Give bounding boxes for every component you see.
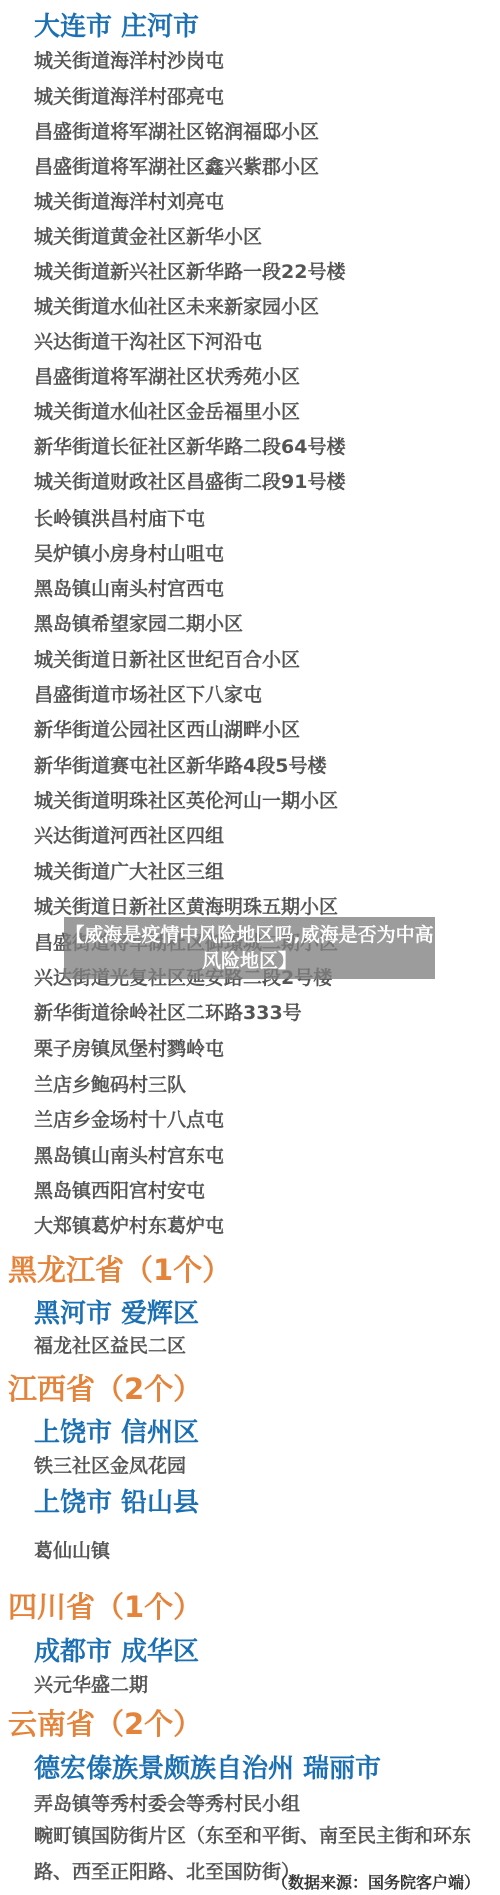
list-item: 城关街道日新社区黄海明珠五期小区 (34, 892, 338, 919)
list-item: 黑岛镇西阳宫村安屯 (34, 1176, 205, 1203)
list-item: 昌盛街道将军湖社区状秀苑小区 (34, 362, 300, 389)
list-item: 新华街道徐岭社区二环路333号 (34, 998, 302, 1025)
list-item: 城关街道财政社区昌盛街二段91号楼 (34, 467, 345, 494)
list-item: 葛仙山镇 (34, 1536, 110, 1563)
overlay-caption: 【威海是疫情中风险地区吗,威海是否为中高风险地区】 (64, 917, 435, 979)
province-heading-yunnan: 云南省（2个） (8, 1702, 202, 1743)
list-item: 城关街道海洋村刘亮屯 (34, 187, 224, 214)
list-item: 新华街道长征社区新华路二段64号楼 (34, 432, 345, 459)
list-item: 弄岛镇等秀村委会等秀村民小组 (34, 1789, 300, 1816)
list-item: 城关街道广大社区三组 (34, 857, 224, 884)
list-item: 城关街道海洋村沙岗屯 (34, 46, 224, 73)
list-item: 昌盛街道将军湖社区鑫兴紫郡小区 (34, 152, 319, 179)
list-item: 城关街道黄金社区新华小区 (34, 222, 262, 249)
list-item: 栗子房镇凤堡村鹨岭屯 (34, 1034, 224, 1061)
list-item: 城关街道新兴社区新华路一段22号楼 (34, 257, 345, 284)
list-item: 吴炉镇小房身村山咀屯 (34, 539, 224, 566)
city-heading-chenghua: 成都市 成华区 (34, 1631, 199, 1668)
list-item: 兰店乡鲍码村三队 (34, 1070, 186, 1097)
list-item: 福龙社区益民二区 (34, 1331, 186, 1358)
province-heading-heilongjiang: 黑龙江省（1个） (8, 1248, 231, 1289)
city-heading-ruili: 德宏傣族景颇族自治州 瑞丽市 (34, 1748, 381, 1785)
list-item: 城关街道水仙社区未来新家园小区 (34, 292, 319, 319)
dalian-city-heading: 大连市 庄河市 (34, 6, 199, 43)
list-item: 大郑镇葛炉村东葛炉屯 (34, 1211, 224, 1238)
list-item: 兴达街道干沟社区下河沿屯 (34, 327, 262, 354)
list-item: 城关街道日新社区世纪百合小区 (34, 645, 300, 672)
province-heading-jiangxi: 江西省（2个） (8, 1367, 202, 1408)
list-item: 黑岛镇希望家园二期小区 (34, 609, 243, 636)
list-item: 城关街道水仙社区金岳福里小区 (34, 397, 300, 424)
list-item: 黑岛镇山南头村宫西屯 (34, 574, 224, 601)
list-item: 长岭镇洪昌村庙下屯 (34, 504, 205, 531)
list-item: 新华街道赛屯社区新华路4段5号楼 (34, 751, 326, 778)
list-item: 新华街道公园社区西山湖畔小区 (34, 715, 300, 742)
list-item: 兴元华盛二期 (34, 1670, 148, 1697)
list-item: 昌盛街道将军湖社区铭润福邸小区 (34, 117, 319, 144)
city-heading-heihe: 黑河市 爱辉区 (34, 1293, 199, 1330)
city-heading-xinzhou: 上饶市 信州区 (34, 1412, 199, 1449)
list-item: 兰店乡金场村十八点屯 (34, 1105, 224, 1132)
list-item: 黑岛镇山南头村宫东屯 (34, 1141, 224, 1168)
province-heading-sichuan: 四川省（1个） (8, 1585, 202, 1626)
city-heading-yanshan: 上饶市 铅山县 (34, 1482, 199, 1519)
list-item: 城关街道海洋村邵亮屯 (34, 82, 224, 109)
data-source-note: （数据来源：国务院客户端） (272, 1870, 480, 1893)
list-item: 昌盛街道市场社区下八家屯 (34, 680, 262, 707)
list-item: 城关街道明珠社区英伦河山一期小区 (34, 786, 338, 813)
list-item: 铁三社区金凤花园 (34, 1451, 186, 1478)
list-item: 兴达街道河西社区四组 (34, 821, 224, 848)
